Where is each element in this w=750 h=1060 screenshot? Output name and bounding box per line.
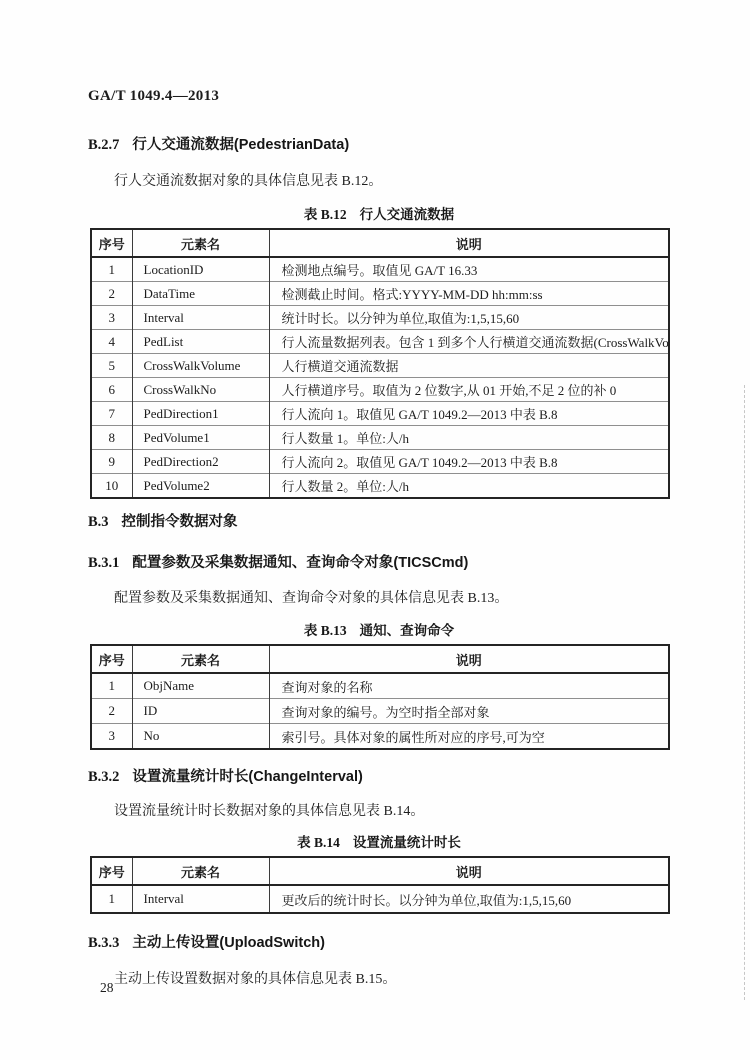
table-cell: PedDirection1 (132, 402, 269, 426)
table-cell: ObjName (132, 673, 269, 699)
table-caption-label: 表 B.12 (304, 207, 347, 222)
table-cell: 人行横道交通流数据 (269, 354, 669, 378)
column-header: 说明 (269, 645, 669, 673)
section-number: B.3 (88, 514, 109, 530)
column-header: 元素名 (132, 645, 269, 673)
section-number: B.3.1 (88, 555, 119, 571)
table-caption-title: 行人交通流数据 (360, 207, 455, 222)
section-number: B.3.3 (88, 935, 119, 951)
table-b12-caption: 表 B.12行人交通流数据 (90, 203, 668, 223)
column-header: 元素名 (132, 857, 269, 885)
table-cell: 索引号。具体对象的属性所对应的序号,可为空 (269, 724, 669, 750)
table-cell: 人行横道序号。取值为 2 位数字,从 01 开始,不足 2 位的补 0 (269, 378, 669, 402)
table-cell: 查询对象的名称 (269, 673, 669, 699)
table-row: 3 No 索引号。具体对象的属性所对应的序号,可为空 (91, 724, 669, 750)
table-row: 8 PedVolume1 行人数量 1。单位:人/h (91, 426, 669, 450)
table-caption-title: 设置流量统计时长 (353, 835, 461, 850)
table-b12: 序号 元素名 说明 1 LocationID 检测地点编号。取值见 GA/T 1… (90, 228, 670, 499)
table-cell: CrossWalkVolume (132, 354, 269, 378)
table-cell: 3 (91, 724, 132, 750)
table-cell: 7 (91, 402, 132, 426)
doc-header: GA/T 1049.4—2013 (88, 88, 219, 105)
table-cell: Interval (132, 885, 269, 913)
table-cell: PedList (132, 330, 269, 354)
table-cell: LocationID (132, 257, 269, 282)
table-row: 5 CrossWalkVolume 人行横道交通流数据 (91, 354, 669, 378)
table-cell: 行人数量 2。单位:人/h (269, 474, 669, 499)
table-row: 10 PedVolume2 行人数量 2。单位:人/h (91, 474, 669, 499)
table-cell: 4 (91, 330, 132, 354)
section-heading-b31: B.3.1配置参数及采集数据通知、查询命令对象(TICSCmd) (88, 551, 468, 572)
table-cell: 统计时长。以分钟为单位,取值为:1,5,15,60 (269, 306, 669, 330)
table-caption-title: 通知、查询命令 (360, 623, 455, 638)
table-cell: 检测地点编号。取值见 GA/T 16.33 (269, 257, 669, 282)
table-row: 1 ObjName 查询对象的名称 (91, 673, 669, 699)
column-header: 序号 (91, 229, 132, 257)
table-cell: ID (132, 699, 269, 724)
table-b13: 序号 元素名 说明 1 ObjName 查询对象的名称 2 ID 查询对象的编号… (90, 644, 670, 750)
table-cell: 10 (91, 474, 132, 499)
table-header-row: 序号 元素名 说明 (91, 857, 669, 885)
paragraph-b27-intro: 行人交通流数据对象的具体信息见表 B.12。 (114, 170, 382, 190)
paragraph-b32-intro: 设置流量统计时长数据对象的具体信息见表 B.14。 (114, 800, 424, 820)
table-caption-label: 表 B.14 (297, 835, 340, 850)
paragraph-b33-intro: 主动上传设置数据对象的具体信息见表 B.15。 (114, 968, 396, 988)
section-heading-b27: B.2.7行人交通流数据(PedestrianData) (88, 133, 349, 154)
table-cell: 检测截止时间。格式:YYYY-MM-DD hh:mm:ss (269, 282, 669, 306)
table-b13-caption: 表 B.13通知、查询命令 (90, 619, 668, 639)
table-cell: 8 (91, 426, 132, 450)
section-title: 主动上传设置(UploadSwitch) (132, 935, 325, 951)
section-heading-b32: B.3.2设置流量统计时长(ChangeInterval) (88, 765, 363, 786)
table-row: 2 ID 查询对象的编号。为空时指全部对象 (91, 699, 669, 724)
table-cell: PedVolume2 (132, 474, 269, 499)
table-cell: No (132, 724, 269, 750)
column-header: 说明 (269, 229, 669, 257)
column-header: 序号 (91, 857, 132, 885)
column-header: 说明 (269, 857, 669, 885)
section-title: 控制指令数据对象 (122, 514, 238, 530)
table-cell: 行人流向 1。取值见 GA/T 1049.2—2013 中表 B.8 (269, 402, 669, 426)
table-row: 4 PedList 行人流量数据列表。包含 1 到多个人行横道交通流数据(Cro… (91, 330, 669, 354)
table-b14-caption: 表 B.14设置流量统计时长 (90, 831, 668, 851)
table-cell: PedDirection2 (132, 450, 269, 474)
table-cell: 行人数量 1。单位:人/h (269, 426, 669, 450)
table-cell: 行人流向 2。取值见 GA/T 1049.2—2013 中表 B.8 (269, 450, 669, 474)
section-title: 行人交通流数据(PedestrianData) (132, 137, 349, 153)
table-cell: 2 (91, 699, 132, 724)
table-cell: PedVolume1 (132, 426, 269, 450)
table-cell: 更改后的统计时长。以分钟为单位,取值为:1,5,15,60 (269, 885, 669, 913)
table-cell: 1 (91, 885, 132, 913)
section-title: 配置参数及采集数据通知、查询命令对象(TICSCmd) (132, 555, 468, 571)
table-row: 1 LocationID 检测地点编号。取值见 GA/T 16.33 (91, 257, 669, 282)
table-row: 6 CrossWalkNo 人行横道序号。取值为 2 位数字,从 01 开始,不… (91, 378, 669, 402)
table-cell: 5 (91, 354, 132, 378)
table-cell: 9 (91, 450, 132, 474)
column-header: 元素名 (132, 229, 269, 257)
table-row: 7 PedDirection1 行人流向 1。取值见 GA/T 1049.2—2… (91, 402, 669, 426)
scan-artifact-line (744, 385, 745, 1000)
table-cell: 查询对象的编号。为空时指全部对象 (269, 699, 669, 724)
table-row: 3 Interval 统计时长。以分钟为单位,取值为:1,5,15,60 (91, 306, 669, 330)
document-page: GA/T 1049.4—2013 B.2.7行人交通流数据(Pedestrian… (0, 0, 750, 1060)
table-cell: 2 (91, 282, 132, 306)
column-header: 序号 (91, 645, 132, 673)
table-header-row: 序号 元素名 说明 (91, 645, 669, 673)
paragraph-b31-intro: 配置参数及采集数据通知、查询命令对象的具体信息见表 B.13。 (114, 587, 508, 607)
table-cell: 行人流量数据列表。包含 1 到多个人行横道交通流数据(CrossWalkVolu… (269, 330, 669, 354)
table-header-row: 序号 元素名 说明 (91, 229, 669, 257)
table-cell: 1 (91, 673, 132, 699)
section-title: 设置流量统计时长(ChangeInterval) (132, 769, 362, 785)
section-heading-b33: B.3.3主动上传设置(UploadSwitch) (88, 931, 325, 952)
table-row: 9 PedDirection2 行人流向 2。取值见 GA/T 1049.2—2… (91, 450, 669, 474)
table-caption-label: 表 B.13 (304, 623, 347, 638)
table-cell: 1 (91, 257, 132, 282)
table-cell: 6 (91, 378, 132, 402)
section-heading-b3: B.3控制指令数据对象 (88, 510, 238, 531)
table-cell: CrossWalkNo (132, 378, 269, 402)
table-cell: 3 (91, 306, 132, 330)
table-row: 2 DataTime 检测截止时间。格式:YYYY-MM-DD hh:mm:ss (91, 282, 669, 306)
table-b14: 序号 元素名 说明 1 Interval 更改后的统计时长。以分钟为单位,取值为… (90, 856, 670, 914)
table-cell: DataTime (132, 282, 269, 306)
table-row: 1 Interval 更改后的统计时长。以分钟为单位,取值为:1,5,15,60 (91, 885, 669, 913)
page-number: 28 (100, 980, 114, 996)
section-number: B.2.7 (88, 137, 119, 153)
table-cell: Interval (132, 306, 269, 330)
section-number: B.3.2 (88, 769, 119, 785)
